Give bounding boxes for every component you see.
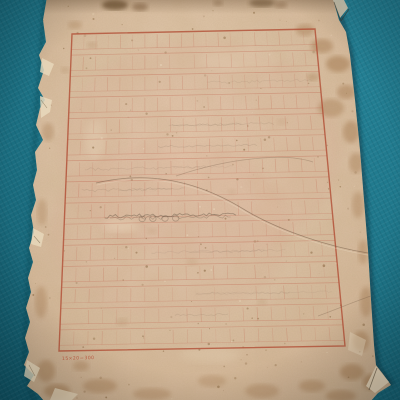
photo-vignette — [0, 0, 400, 400]
photo-of-manuscript-paper: 15×20＝300 — [0, 0, 400, 400]
scene-svg: 15×20＝300 — [0, 0, 400, 400]
